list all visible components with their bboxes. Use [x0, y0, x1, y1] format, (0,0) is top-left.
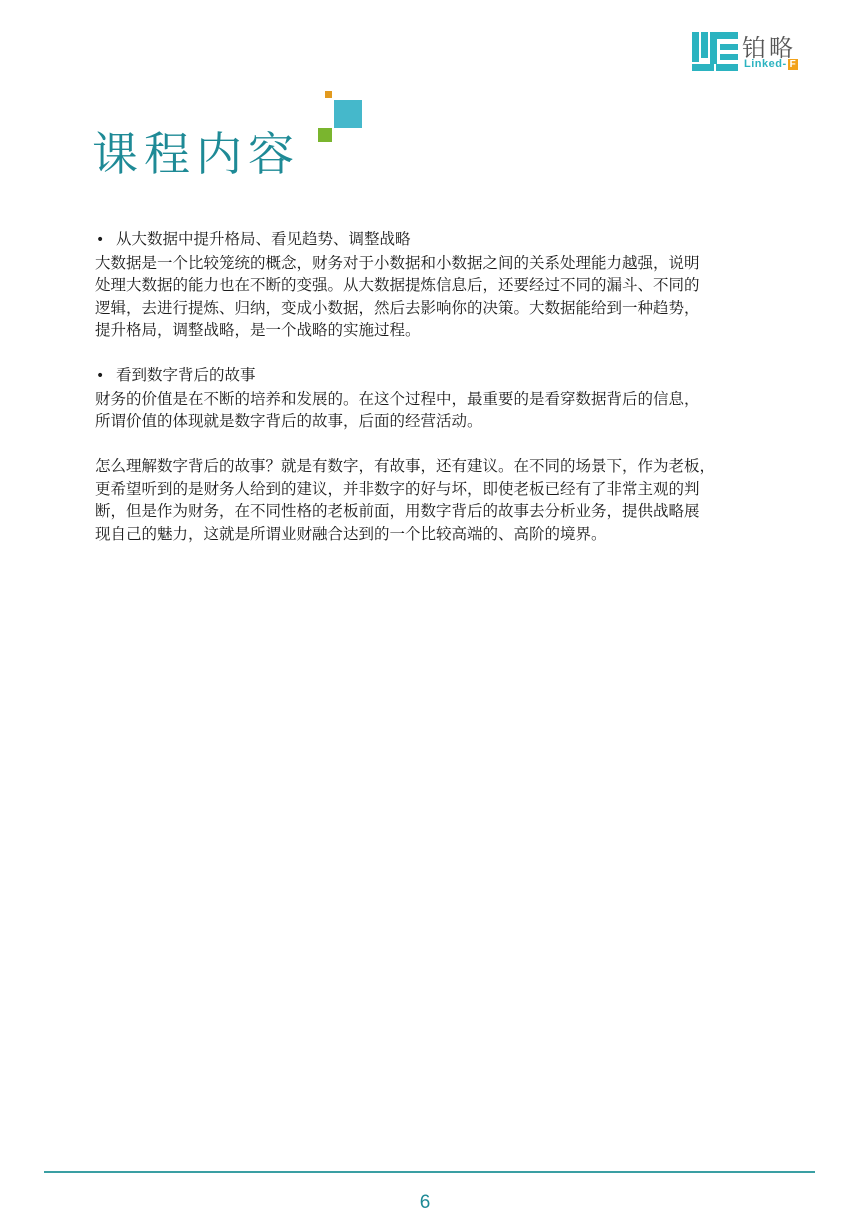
- paragraph: 怎么理解数字背后的故事？就是有数字，有故事，还有建议。在不同的场景下，作为老板，…: [95, 455, 795, 545]
- paragraph-line: 现自己的魅力，这就是所谓业财融合达到的一个比较高端的、高阶的境界。: [95, 523, 795, 546]
- decorative-square-teal: [334, 100, 362, 128]
- decorative-square-green: [318, 128, 332, 142]
- decorative-square-orange: [325, 91, 332, 98]
- paragraph-line: 提升格局，调整战略，是一个战略的实施过程。: [95, 319, 795, 342]
- paragraph: 财务的价值是在不断的培养和发展的。在这个过程中，最重要的是看穿数据背后的信息， …: [95, 388, 795, 433]
- page-number: 6: [0, 1192, 850, 1214]
- bullet-icon: •: [95, 229, 116, 252]
- section-story-behind-numbers: • 看到数字背后的故事 财务的价值是在不断的培养和发展的。在这个过程中，最重要的…: [95, 364, 795, 433]
- paragraph-line: 处理大数据的能力也在不断的变强。从大数据提炼信息后，还要经过不同的漏斗、不同的: [95, 274, 795, 297]
- paragraph-line: 大数据是一个比较笼统的概念，财务对于小数据和小数据之间的关系处理能力越强，说明: [95, 252, 795, 275]
- brand-name-en: Linked-F: [744, 58, 798, 70]
- paragraph-line: 更希望听到的是财务人给到的建议，并非数字的好与坏，即使老板已经有了非常主观的判: [95, 478, 795, 501]
- paragraph: 大数据是一个比较笼统的概念，财务对于小数据和小数据之间的关系处理能力越强，说明 …: [95, 252, 795, 342]
- section-heading-text: 看到数字背后的故事: [116, 364, 256, 387]
- section-big-data: • 从大数据中提升格局、看见趋势、调整战略 大数据是一个比较笼统的概念，财务对于…: [95, 228, 795, 342]
- spacer: [95, 433, 795, 456]
- brand-name-en-prefix: Linked-: [744, 58, 787, 70]
- section-heading: • 看到数字背后的故事: [95, 364, 795, 388]
- paragraph-line: 怎么理解数字背后的故事？就是有数字，有故事，还有建议。在不同的场景下，作为老板，: [95, 455, 795, 478]
- paragraph-line: 断，但是作为财务，在不同性格的老板前面，用数字背后的故事去分析业务，提供战略展: [95, 500, 795, 523]
- footer-divider: [44, 1171, 815, 1173]
- paragraph-line: 逻辑，去进行提炼、归纳，变成小数据，然后去影响你的决策。大数据能给到一种趋势，: [95, 297, 795, 320]
- document-body: • 从大数据中提升格局、看见趋势、调整战略 大数据是一个比较笼统的概念，财务对于…: [95, 228, 795, 545]
- paragraph-line: 所谓价值的体现就是数字背后的故事，后面的经营活动。: [95, 410, 795, 433]
- brand-logo: 铂略 Linked-F: [692, 30, 812, 74]
- bullet-icon: •: [95, 365, 116, 388]
- page-title: 课程内容: [92, 131, 300, 177]
- section-heading: • 从大数据中提升格局、看见趋势、调整战略: [95, 228, 795, 252]
- section-heading-text: 从大数据中提升格局、看见趋势、调整战略: [116, 228, 411, 251]
- spacer: [95, 342, 795, 365]
- linked-f-logo-icon: [692, 32, 738, 72]
- section-understanding-story: 怎么理解数字背后的故事？就是有数字，有故事，还有建议。在不同的场景下，作为老板，…: [95, 455, 795, 545]
- paragraph-line: 财务的价值是在不断的培养和发展的。在这个过程中，最重要的是看穿数据背后的信息，: [95, 388, 795, 411]
- brand-name-en-suffix: F: [788, 59, 799, 70]
